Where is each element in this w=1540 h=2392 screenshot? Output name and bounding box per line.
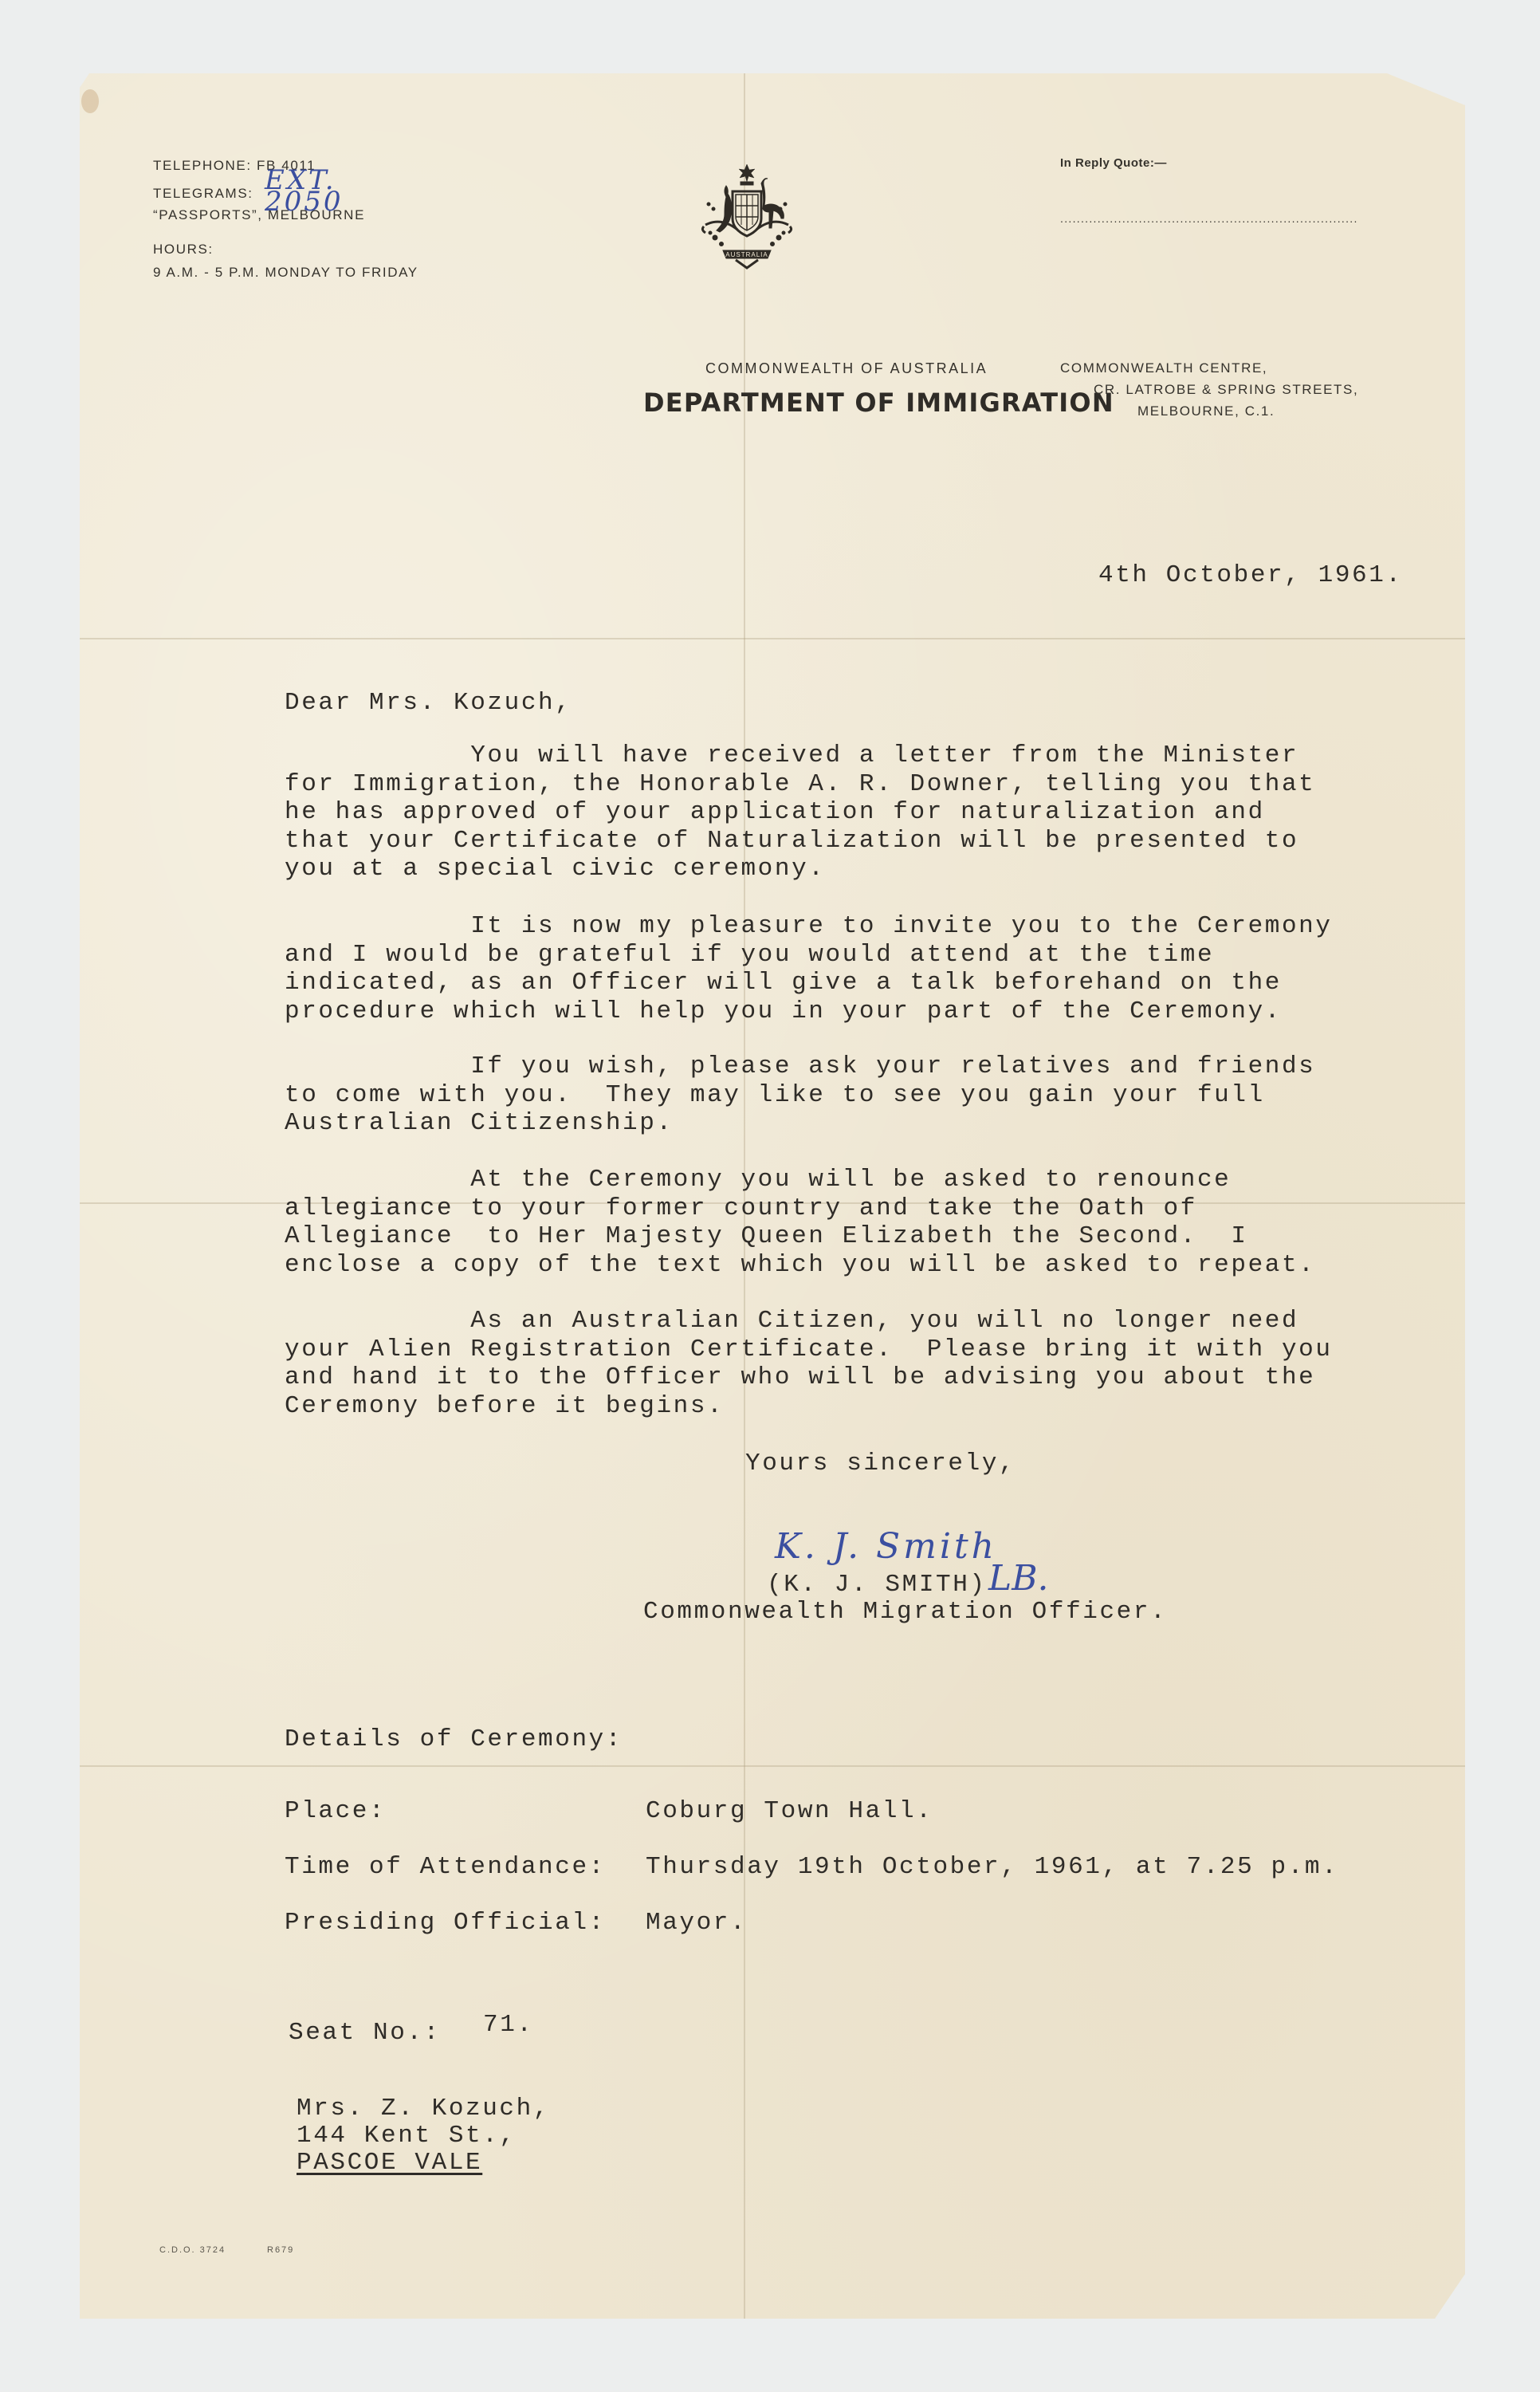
paragraph-3: If you wish, please ask your relatives a…: [285, 1052, 1315, 1138]
department-heading: DEPARTMENT OF IMMIGRATION: [643, 388, 1114, 418]
recipient-suburb: PASCOE VALE: [297, 2150, 482, 2177]
reply-quote-label: In Reply Quote:—: [1060, 156, 1167, 170]
handwritten-signature: K. J. Smith: [775, 1526, 997, 1567]
horizontal-fold-line: [80, 638, 1465, 639]
ceremony-heading: Details of Ceremony:: [285, 1725, 623, 1754]
address-line-2: CR. LATROBE & SPRING STREETS,: [1094, 379, 1358, 400]
ceremony-place-value: Coburg Town Hall.: [646, 1797, 933, 1826]
reply-quote-dotted-line: ........................................…: [1060, 212, 1395, 225]
telegrams-label: TELEGRAMS:: [153, 186, 253, 201]
hours-value: 9 A.M. - 5 P.M. MONDAY TO FRIDAY: [153, 262, 418, 283]
australian-coat-of-arms-icon: AUSTRALIA: [691, 161, 803, 273]
ceremony-place-label: Place:: [285, 1797, 386, 1826]
ceremony-official-label: Presiding Official:: [285, 1909, 606, 1938]
form-code: C.D.O. 3724: [159, 2245, 226, 2255]
seat-label: Seat No.:: [289, 2019, 441, 2048]
commonwealth-heading: COMMONWEALTH OF AUSTRALIA: [705, 360, 988, 377]
hours-label: HOURS:: [153, 238, 418, 260]
signatory-name: (K. J. SMITH): [767, 1571, 987, 1599]
svg-text:AUSTRALIA: AUSTRALIA: [725, 251, 768, 258]
seat-number: 71.: [483, 2011, 534, 2040]
recipient-street: 144 Kent St.,: [297, 2123, 517, 2150]
ceremony-official-value: Mayor.: [646, 1909, 747, 1938]
handwritten-extension: EXT. 2050: [265, 170, 418, 213]
paragraph-4: At the Ceremony you will be asked to ren…: [285, 1166, 1315, 1279]
closing: Yours sincerely,: [745, 1450, 1016, 1478]
print-code: R679: [267, 2245, 294, 2255]
address-line-3: MELBOURNE, C.1.: [1137, 400, 1275, 422]
recipient-name: Mrs. Z. Kozuch,: [297, 2095, 550, 2123]
ceremony-time-value: Thursday 19th October, 1961, at 7.25 p.m…: [646, 1853, 1338, 1882]
paper-stain: [81, 89, 99, 113]
horizontal-fold-line: [80, 1765, 1465, 1767]
letter-date: 4th October, 1961.: [1098, 561, 1403, 590]
paragraph-1: You will have received a letter from the…: [285, 742, 1315, 883]
letterhead-contact: TELEPHONE: FB 4011 TELEGRAMS: EXT. 2050 …: [153, 155, 418, 283]
signatory-title: Commonwealth Migration Officer.: [643, 1598, 1167, 1627]
address-line-1: COMMONWEALTH CENTRE,: [1060, 357, 1267, 379]
letter-paper: TELEPHONE: FB 4011 TELEGRAMS: EXT. 2050 …: [80, 73, 1465, 2319]
ceremony-time-label: Time of Attendance:: [285, 1853, 606, 1882]
handwritten-initials: LB.: [988, 1558, 1049, 1599]
paragraph-2: It is now my pleasure to invite you to t…: [285, 912, 1333, 1025]
salutation: Dear Mrs. Kozuch,: [285, 689, 572, 718]
telegrams-line: TELEGRAMS: EXT. 2050: [153, 183, 418, 204]
paragraph-5: As an Australian Citizen, you will no lo…: [285, 1307, 1333, 1420]
